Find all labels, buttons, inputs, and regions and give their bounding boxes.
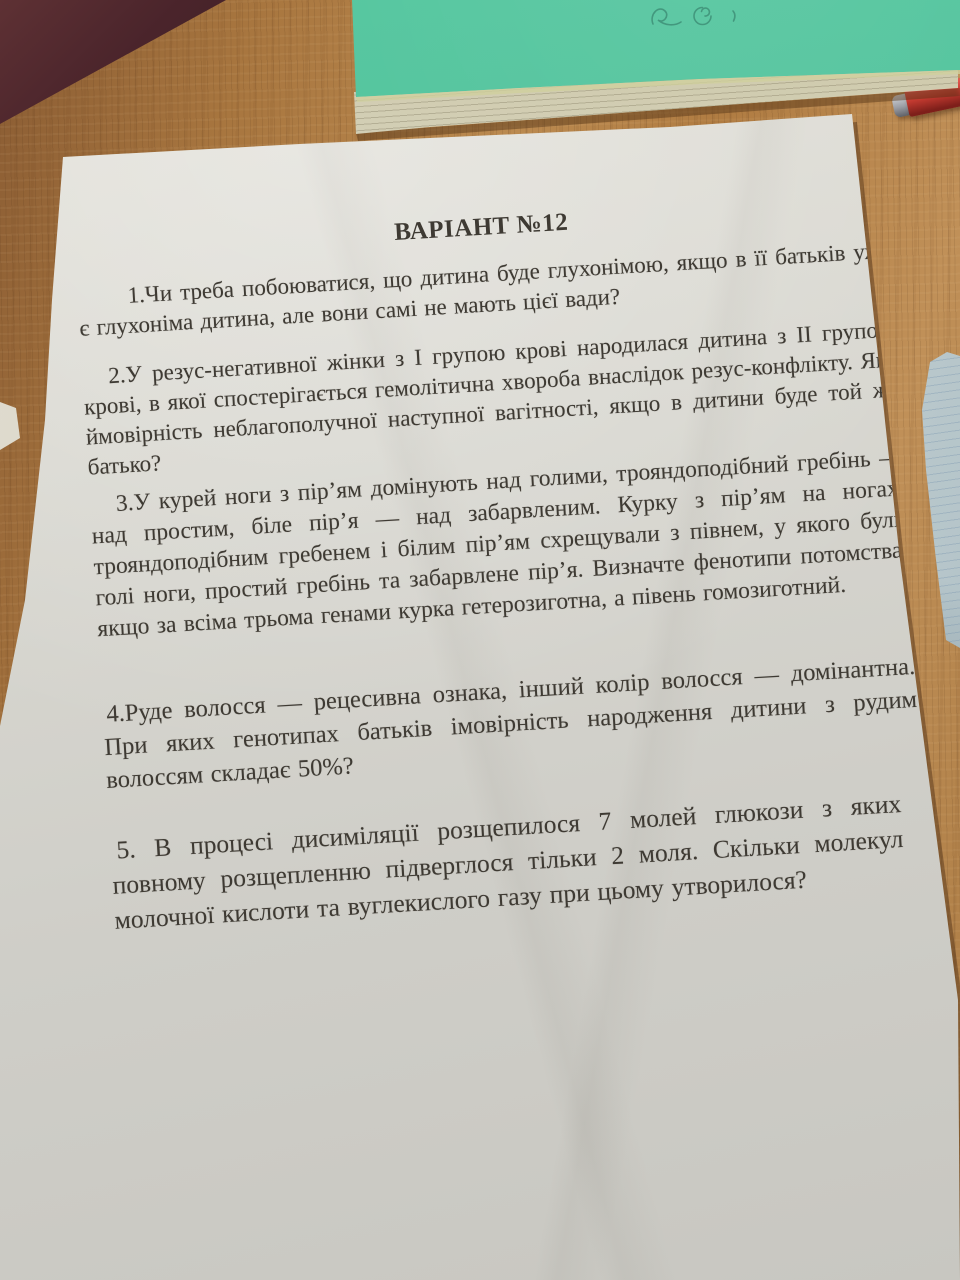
- question-4: 4.Руде волосся — рецесивна ознака, інший…: [101, 650, 919, 797]
- exam-text-block: ВАРІАНТ №12 1.Чи треба побоюватися, що д…: [74, 188, 940, 1135]
- photo-scene: ВАРІАНТ №12 1.Чи треба побоюватися, що д…: [0, 0, 960, 1280]
- question-5: 5. В процесі дисиміляції розщепилося 7 м…: [109, 786, 906, 938]
- test-paper-sheet: ВАРІАНТ №12 1.Чи треба побоюватися, що д…: [0, 0, 960, 1280]
- doodle-scribble-icon: [645, 2, 745, 32]
